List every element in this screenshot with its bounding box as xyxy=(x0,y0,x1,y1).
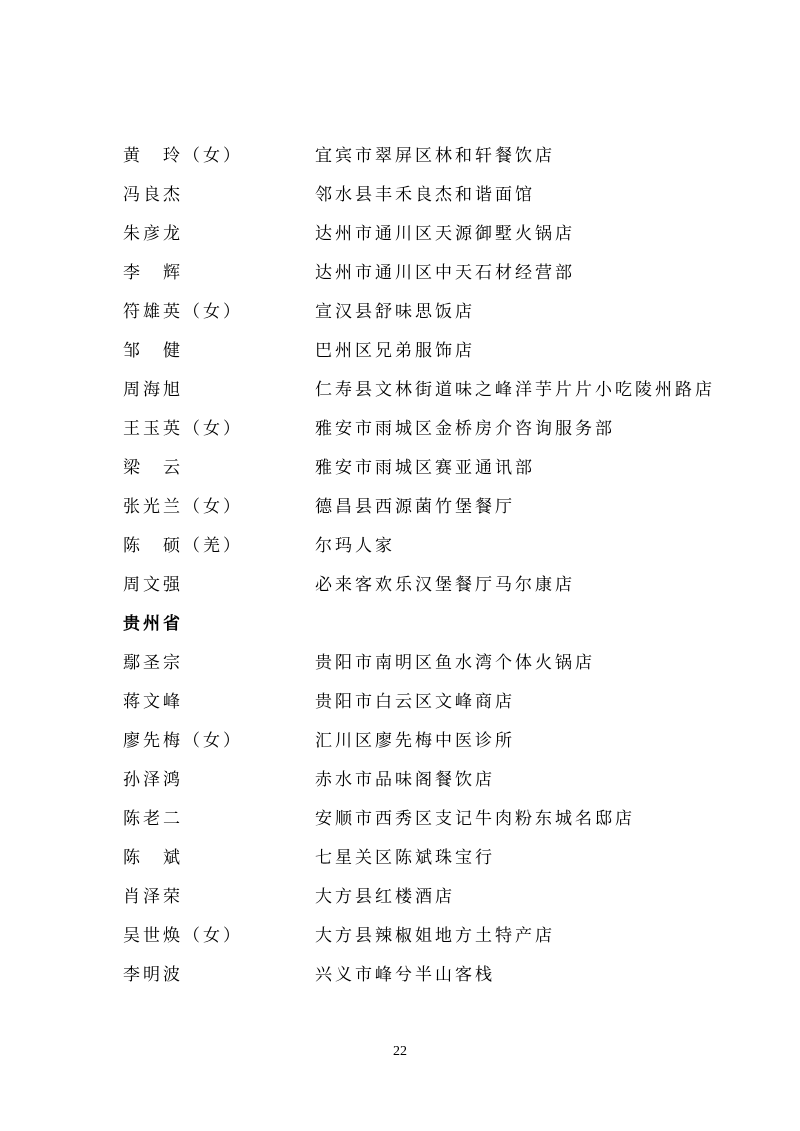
business-name: 贵阳市南明区鱼水湾个体火锅店 xyxy=(315,648,595,673)
business-name: 汇川区廖先梅中医诊所 xyxy=(315,726,515,751)
person-name: 冯良杰 xyxy=(123,180,315,205)
person-name: 张光兰（女） xyxy=(123,492,315,517)
person-name: 王玉英（女） xyxy=(123,414,315,439)
section-header: 贵州省 xyxy=(123,602,760,641)
person-name: 陈 硕（羌） xyxy=(123,531,315,556)
business-name: 达州市通川区天源御墅火锅店 xyxy=(315,219,575,244)
business-name: 宜宾市翠屏区林和轩餐饮店 xyxy=(315,141,555,166)
entry-row: 邹 健巴州区兄弟服饰店 xyxy=(123,329,760,368)
entry-row: 廖先梅（女）汇川区廖先梅中医诊所 xyxy=(123,719,760,758)
business-name: 宣汉县舒味思饭店 xyxy=(315,297,475,322)
entry-row: 陈 硕（羌）尔玛人家 xyxy=(123,524,760,563)
person-name: 梁 云 xyxy=(123,453,315,478)
business-name: 达州市通川区中天石材经营部 xyxy=(315,258,575,283)
entry-list: 黄 玲（女）宜宾市翠屏区林和轩餐饮店冯良杰邻水县丰禾良杰和谐面馆朱彦龙达州市通川… xyxy=(123,134,760,992)
person-name: 黄 玲（女） xyxy=(123,141,315,166)
business-name: 邻水县丰禾良杰和谐面馆 xyxy=(315,180,535,205)
entry-row: 陈老二安顺市西秀区支记牛肉粉东城名邸店 xyxy=(123,797,760,836)
business-name: 大方县红楼酒店 xyxy=(315,882,455,907)
entry-row: 肖泽荣大方县红楼酒店 xyxy=(123,875,760,914)
person-name: 蒋文峰 xyxy=(123,687,315,712)
entry-row: 冯良杰邻水县丰禾良杰和谐面馆 xyxy=(123,173,760,212)
entry-row: 朱彦龙达州市通川区天源御墅火锅店 xyxy=(123,212,760,251)
entry-row: 李 辉达州市通川区中天石材经营部 xyxy=(123,251,760,290)
business-name: 安顺市西秀区支记牛肉粉东城名邸店 xyxy=(315,804,635,829)
person-name: 陈 斌 xyxy=(123,843,315,868)
entry-row: 符雄英（女）宣汉县舒味思饭店 xyxy=(123,290,760,329)
person-name: 陈老二 xyxy=(123,804,315,829)
business-name: 大方县辣椒姐地方土特产店 xyxy=(315,921,555,946)
person-name: 吴世焕（女） xyxy=(123,921,315,946)
business-name: 德昌县西源菌竹堡餐厅 xyxy=(315,492,515,517)
person-name: 李 辉 xyxy=(123,258,315,283)
business-name: 必来客欢乐汉堡餐厅马尔康店 xyxy=(315,570,575,595)
person-name: 鄢圣宗 xyxy=(123,648,315,673)
person-name: 符雄英（女） xyxy=(123,297,315,322)
document-page: 黄 玲（女）宜宾市翠屏区林和轩餐饮店冯良杰邻水县丰禾良杰和谐面馆朱彦龙达州市通川… xyxy=(0,0,800,1131)
business-name: 雅安市雨城区赛亚通讯部 xyxy=(315,453,535,478)
person-name: 周海旭 xyxy=(123,375,315,400)
entry-row: 鄢圣宗贵阳市南明区鱼水湾个体火锅店 xyxy=(123,641,760,680)
person-name: 邹 健 xyxy=(123,336,315,361)
entry-row: 黄 玲（女）宜宾市翠屏区林和轩餐饮店 xyxy=(123,134,760,173)
entry-row: 陈 斌七星关区陈斌珠宝行 xyxy=(123,836,760,875)
business-name: 兴义市峰兮半山客栈 xyxy=(315,960,495,985)
entry-row: 梁 云雅安市雨城区赛亚通讯部 xyxy=(123,446,760,485)
entry-row: 蒋文峰贵阳市白云区文峰商店 xyxy=(123,680,760,719)
person-name: 朱彦龙 xyxy=(123,219,315,244)
entry-row: 张光兰（女）德昌县西源菌竹堡餐厅 xyxy=(123,485,760,524)
business-name: 尔玛人家 xyxy=(315,531,395,556)
business-name: 巴州区兄弟服饰店 xyxy=(315,336,475,361)
business-name: 贵阳市白云区文峰商店 xyxy=(315,687,515,712)
entry-row: 王玉英（女）雅安市雨城区金桥房介咨询服务部 xyxy=(123,407,760,446)
entry-row: 周海旭仁寿县文林街道味之峰洋芋片片小吃陵州路店 xyxy=(123,368,760,407)
entry-row: 孙泽鸿赤水市品味阁餐饮店 xyxy=(123,758,760,797)
business-name: 赤水市品味阁餐饮店 xyxy=(315,765,495,790)
person-name: 肖泽荣 xyxy=(123,882,315,907)
entry-row: 李明波兴义市峰兮半山客栈 xyxy=(123,953,760,992)
business-name: 七星关区陈斌珠宝行 xyxy=(315,843,495,868)
entry-row: 吴世焕（女）大方县辣椒姐地方土特产店 xyxy=(123,914,760,953)
person-name: 孙泽鸿 xyxy=(123,765,315,790)
person-name: 周文强 xyxy=(123,570,315,595)
person-name: 李明波 xyxy=(123,960,315,985)
person-name: 廖先梅（女） xyxy=(123,726,315,751)
page-number: 22 xyxy=(0,1044,800,1060)
business-name: 仁寿县文林街道味之峰洋芋片片小吃陵州路店 xyxy=(315,375,715,400)
business-name: 雅安市雨城区金桥房介咨询服务部 xyxy=(315,414,615,439)
entry-row: 周文强必来客欢乐汉堡餐厅马尔康店 xyxy=(123,563,760,602)
